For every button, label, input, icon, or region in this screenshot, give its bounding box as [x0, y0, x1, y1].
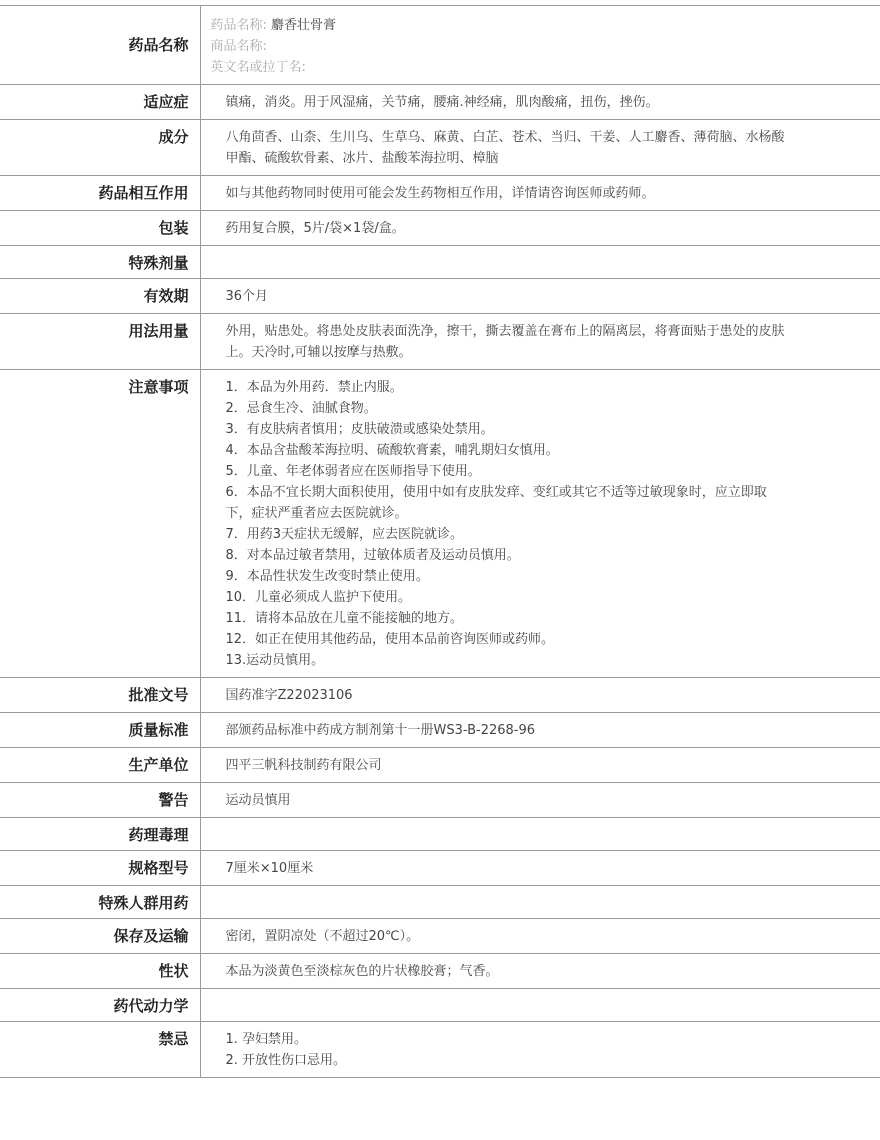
- value-specification: 7厘米×10厘米: [200, 851, 880, 886]
- drug-name-line: 药品名称: 麝香壮骨膏: [211, 15, 880, 36]
- value-usage: 外用，贴患处。将患处皮肤表面洗净，擦干，撕去覆盖在膏布上的隔离层，将膏面贴于患处…: [200, 314, 880, 370]
- label-shelf-life: 有效期: [0, 279, 200, 314]
- value-appearance: 本品为淡黄色至淡棕灰色的片状橡胶膏；气香。: [200, 954, 880, 989]
- label-manufacturer: 生产单位: [0, 748, 200, 783]
- value-indications: 镇痛，消炎。用于风湿痛，关节痛，腰痛.神经痛，肌肉酸痛，扭伤，挫伤。: [200, 85, 880, 120]
- precaution-item: 5．儿童、年老体弱者应在医师指导下使用。: [226, 461, 880, 482]
- drug-name-label: 药品名称:: [211, 18, 267, 33]
- precaution-item: 4．本品含盐酸苯海拉明、硫酸软膏素，哺乳期妇女慎用。: [226, 440, 880, 461]
- row-interactions: 药品相互作用 如与其他药物同时使用可能会发生药物相互作用，详情请咨询医师或药师。: [0, 176, 880, 211]
- label-precautions: 注意事项: [0, 370, 200, 678]
- drug-spec-table: 药品名称 药品名称: 麝香壮骨膏 商品名称: 英文名或拉丁名: 适应症 镇痛，消…: [0, 5, 880, 1078]
- row-specification: 规格型号 7厘米×10厘米: [0, 851, 880, 886]
- value-quality-standard: 部颁药品标准中药成方制剂第十一册WS3-B-2268-96: [200, 713, 880, 748]
- value-shelf-life: 36个月: [200, 279, 880, 314]
- row-warning: 警告 运动员慎用: [0, 783, 880, 818]
- label-interactions: 药品相互作用: [0, 176, 200, 211]
- contraindication-item: 1. 孕妇禁用。: [226, 1029, 880, 1050]
- row-pharmacology: 药理毒理: [0, 818, 880, 851]
- precaution-item: 6．本品不宜长期大面积使用，使用中如有皮肤发痒、变红或其它不适等过敏现象时，应立…: [226, 482, 791, 524]
- value-packaging: 药用复合膜，5片/袋×1袋/盒。: [200, 211, 880, 246]
- precaution-item: 13.运动员慎用。: [226, 650, 880, 671]
- label-quality-standard: 质量标准: [0, 713, 200, 748]
- row-special-populations: 特殊人群用药: [0, 886, 880, 919]
- value-warning: 运动员慎用: [200, 783, 880, 818]
- label-indications: 适应症: [0, 85, 200, 120]
- label-packaging: 包装: [0, 211, 200, 246]
- drug-name-value: 麝香壮骨膏: [271, 18, 336, 33]
- row-packaging: 包装 药用复合膜，5片/袋×1袋/盒。: [0, 211, 880, 246]
- row-drug-name: 药品名称 药品名称: 麝香壮骨膏 商品名称: 英文名或拉丁名:: [0, 6, 880, 85]
- value-special-dosage: [200, 246, 880, 279]
- row-pharmacokinetics: 药代动力学: [0, 989, 880, 1022]
- label-storage: 保存及运输: [0, 919, 200, 954]
- label-drug-name: 药品名称: [0, 6, 200, 85]
- label-specification: 规格型号: [0, 851, 200, 886]
- label-special-populations: 特殊人群用药: [0, 886, 200, 919]
- contraindication-item: 2. 开放性伤口忌用。: [226, 1050, 880, 1071]
- usage-text: 外用，贴患处。将患处皮肤表面洗净，擦干，撕去覆盖在膏布上的隔离层，将膏面贴于患处…: [226, 321, 791, 363]
- row-ingredients: 成分 八角茴香、山柰、生川乌、生草乌、麻黄、白芷、苍术、当归、干姜、人工麝香、薄…: [0, 120, 880, 176]
- row-usage: 用法用量 外用，贴患处。将患处皮肤表面洗净，擦干，撕去覆盖在膏布上的隔离层，将膏…: [0, 314, 880, 370]
- value-precautions: 1．本品为外用药．禁止内服。 2．忌食生冷、油腻食物。 3．有皮肤病者慎用；皮肤…: [200, 370, 880, 678]
- row-approval-number: 批准文号 国药准字Z22023106: [0, 678, 880, 713]
- precaution-item: 3．有皮肤病者慎用；皮肤破溃或感染处禁用。: [226, 419, 880, 440]
- value-contraindications: 1. 孕妇禁用。 2. 开放性伤口忌用。: [200, 1022, 880, 1078]
- value-manufacturer: 四平三帆科技制药有限公司: [200, 748, 880, 783]
- row-manufacturer: 生产单位 四平三帆科技制药有限公司: [0, 748, 880, 783]
- precaution-item: 10．儿童必须成人监护下使用。: [226, 587, 880, 608]
- row-storage: 保存及运输 密闭，置阴凉处（不超过20℃）。: [0, 919, 880, 954]
- ingredients-text: 八角茴香、山柰、生川乌、生草乌、麻黄、白芷、苍术、当归、干姜、人工麝香、薄荷脑、…: [226, 127, 791, 169]
- label-contraindications: 禁忌: [0, 1022, 200, 1078]
- row-indications: 适应症 镇痛，消炎。用于风湿痛，关节痛，腰痛.神经痛，肌肉酸痛，扭伤，挫伤。: [0, 85, 880, 120]
- value-pharmacokinetics: [200, 989, 880, 1022]
- label-usage: 用法用量: [0, 314, 200, 370]
- label-pharmacology: 药理毒理: [0, 818, 200, 851]
- label-warning: 警告: [0, 783, 200, 818]
- row-precautions: 注意事项 1．本品为外用药．禁止内服。 2．忌食生冷、油腻食物。 3．有皮肤病者…: [0, 370, 880, 678]
- value-special-populations: [200, 886, 880, 919]
- row-special-dosage: 特殊剂量: [0, 246, 880, 279]
- value-interactions: 如与其他药物同时使用可能会发生药物相互作用，详情请咨询医师或药师。: [200, 176, 880, 211]
- english-name-label: 英文名或拉丁名:: [211, 57, 880, 78]
- label-ingredients: 成分: [0, 120, 200, 176]
- label-pharmacokinetics: 药代动力学: [0, 989, 200, 1022]
- row-shelf-life: 有效期 36个月: [0, 279, 880, 314]
- label-approval-number: 批准文号: [0, 678, 200, 713]
- label-special-dosage: 特殊剂量: [0, 246, 200, 279]
- precaution-item: 9．本品性状发生改变时禁止使用。: [226, 566, 880, 587]
- row-quality-standard: 质量标准 部颁药品标准中药成方制剂第十一册WS3-B-2268-96: [0, 713, 880, 748]
- precaution-item: 12．如正在使用其他药品，使用本品前咨询医师或药师。: [226, 629, 880, 650]
- value-ingredients: 八角茴香、山柰、生川乌、生草乌、麻黄、白芷、苍术、当归、干姜、人工麝香、薄荷脑、…: [200, 120, 880, 176]
- row-appearance: 性状 本品为淡黄色至淡棕灰色的片状橡胶膏；气香。: [0, 954, 880, 989]
- row-contraindications: 禁忌 1. 孕妇禁用。 2. 开放性伤口忌用。: [0, 1022, 880, 1078]
- precaution-item: 8．对本品过敏者禁用，过敏体质者及运动员慎用。: [226, 545, 880, 566]
- precaution-item: 2．忌食生冷、油腻食物。: [226, 398, 880, 419]
- precaution-item: 7．用药3天症状无缓解，应去医院就诊。: [226, 524, 880, 545]
- value-storage: 密闭，置阴凉处（不超过20℃）。: [200, 919, 880, 954]
- label-appearance: 性状: [0, 954, 200, 989]
- value-drug-name: 药品名称: 麝香壮骨膏 商品名称: 英文名或拉丁名:: [200, 6, 880, 85]
- trade-name-label: 商品名称:: [211, 36, 880, 57]
- value-approval-number: 国药准字Z22023106: [200, 678, 880, 713]
- precaution-item: 11．请将本品放在儿童不能接触的地方。: [226, 608, 880, 629]
- precaution-item: 1．本品为外用药．禁止内服。: [226, 377, 880, 398]
- value-pharmacology: [200, 818, 880, 851]
